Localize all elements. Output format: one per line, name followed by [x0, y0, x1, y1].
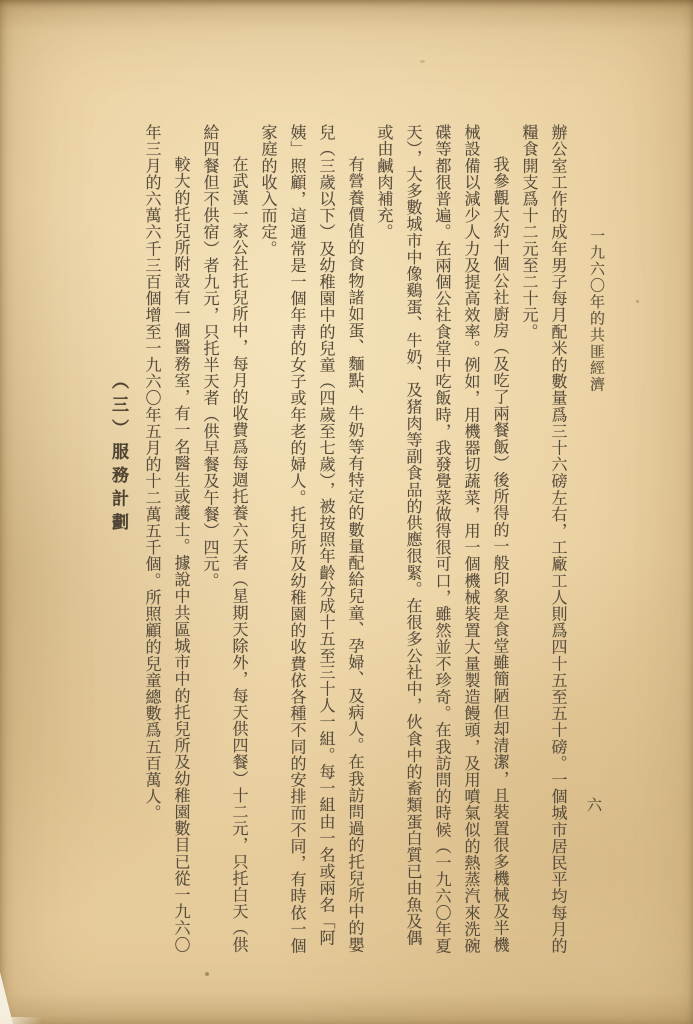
paper-speck [636, 300, 639, 303]
paper-speck [146, 210, 149, 213]
paragraph-1: 辦公室工作的成年男子每月配米的數量爲三十六磅左右，工廠工人則爲四十五至五十磅。一… [515, 124, 573, 962]
paragraph-5: 較大的托兒所附設有一個醫務室，有一名醫生或護士。據說中共區城市中的托兒所及幼稚園… [138, 124, 196, 962]
scanned-book-page: 一九六〇年的共匪經濟 六 辦公室工作的成年男子每月配米的數量爲三十六磅左右，工廠… [0, 0, 693, 1024]
paper-speck [420, 60, 425, 63]
paragraph-3: 有營養價值的食物諸如蛋、麵點、牛奶等有特定的數量配給兒童、孕婦、及病人。在我訪問… [254, 124, 370, 962]
paper-speck [205, 972, 209, 976]
paragraph-4: 在武漢一家公社托兒所中，每月的收費爲每週托養六天者（星期天除外，每天供四餐）十二… [196, 124, 254, 962]
running-header: 一九六〇年的共匪經濟 [588, 228, 605, 393]
section-heading: （三）服務計劃 [103, 124, 132, 962]
page-bottom-edge [0, 1017, 42, 1024]
body-text-block: 辦公室工作的成年男子每月配米的數量爲三十六磅左右，工廠工人則爲四十五至五十磅。一… [103, 124, 573, 962]
paragraph-2: 我參觀大約十個公社廚房（及吃了兩餐飯）後所得的一般印象是食堂雖簡陋但却清潔，且裝… [370, 124, 515, 962]
page-number: 六 [584, 797, 605, 812]
